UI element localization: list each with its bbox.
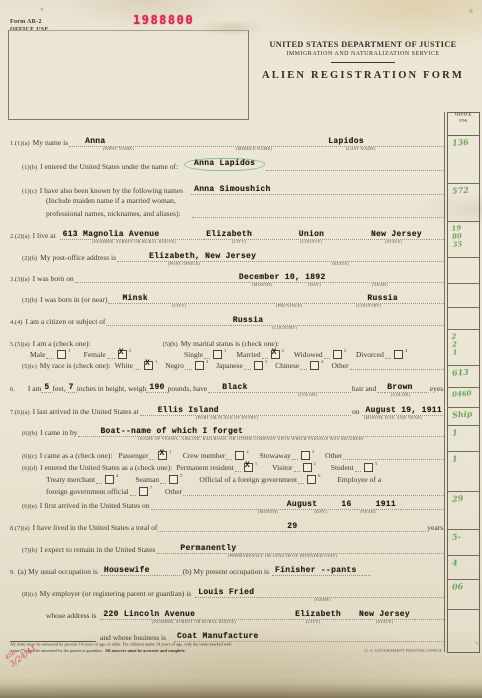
caption-po-state: (STATE) [332, 262, 349, 266]
q8a-prefix: 8.(7)(a) [10, 525, 30, 532]
checkbox-foreign-official [307, 475, 316, 484]
q1c-cont1: (Include maiden name if a married woman, [46, 196, 176, 205]
business-value: Coat Manufacture [174, 632, 262, 642]
field-came-as: (6)(c) I came as a (check one): Passenge… [10, 449, 445, 460]
city-value: Elizabeth [203, 230, 255, 240]
option-stowaway-label: Stowaway [260, 451, 291, 460]
form-header: UNITED STATES DEPARTMENT OF JUSTICE IMMI… [252, 40, 474, 81]
birth-date-value: December 10, 1892 [236, 273, 329, 283]
checkbox-student [364, 463, 373, 472]
q7d-label: I entered the United States as a (check … [40, 463, 172, 472]
caption-birth-year: (YEAR) [372, 283, 388, 287]
field-other-names: (1)(c) I have also been known by the fol… [10, 184, 445, 195]
office-use-cell: 613 [448, 366, 479, 388]
checkbox-married: X [271, 350, 280, 359]
caption-hair-color: (COLOR) [298, 393, 317, 397]
checkbox-japanese [254, 361, 263, 370]
office-use-cell: 4 [448, 556, 479, 580]
q3a-prefix: 3.(3)(a) [10, 276, 30, 283]
q7b-label: I came in by [40, 428, 77, 437]
q7d-prefix: (6)(d) [22, 465, 37, 472]
height-inches-value: 7 [66, 383, 77, 393]
height-feet-value: 5 [41, 383, 52, 393]
option-white-label: White [115, 361, 133, 370]
caption-intended-stay: (PERMANENTLY OR LENGTH OF INTENDED STAY) [228, 554, 337, 558]
form-number-line1: Form AR-2 [10, 19, 42, 25]
other-names-value: Anna Simoushich [191, 185, 274, 195]
first-name-value: Anna [82, 137, 108, 147]
option-single-label: Single [184, 350, 203, 359]
field-entry-name: (1)(b) I entered the United States under… [10, 160, 445, 171]
port-of-entry-value: Ellis Island [155, 406, 222, 416]
option-divorced-label: Divorced [356, 350, 384, 359]
checkbox-visitor [303, 463, 312, 472]
option-crew-label: Crew member [183, 451, 226, 460]
office-use-header: OFFICE USE [448, 113, 479, 136]
option-race-other-label: Other [332, 361, 349, 370]
first-arrival-day-value: 16 [338, 500, 354, 510]
office-use-cell: 136 [448, 136, 479, 184]
field-sex-marital-options: Male 1 Female X 2 Single 1 Married X 2 W… [10, 348, 445, 359]
checkbox-stowaway [301, 451, 310, 460]
office-use-column: OFFICE USE 136 572 19 80 35 2 2 1 613 04… [447, 112, 480, 653]
q7e-label: I first arrived in the United States on [40, 501, 150, 510]
field-sex-marital-header: 5.(5)(a) I am a (check one): (5)(b) My m… [10, 337, 445, 348]
option-student-label: Student [331, 463, 354, 472]
checkbox-treaty-merchant [105, 475, 114, 484]
birth-country-value: Russia [364, 294, 401, 304]
caption-county: (COUNTY) [300, 240, 323, 244]
office-use-cell: 1 [448, 452, 479, 492]
checkbox-employee-foreign-official [139, 487, 148, 496]
caption-birth-country: (COUNTRY) [356, 304, 381, 308]
caption-birth-month: (MONTH) [252, 283, 272, 287]
present-occupation-value: Finisher --pants [272, 566, 360, 576]
q5a-label: I am a (check one): [33, 339, 91, 348]
field-citizenship: 4.(4) I am a citizen or subject of Russi… [10, 315, 445, 326]
caption-birth-province: (PROVINCE) [276, 304, 303, 308]
office-use-cell: 1 [448, 426, 479, 452]
q1c-cont2: professional names, nicknames, and alias… [46, 209, 181, 218]
option-came-other-label: Other [325, 451, 342, 460]
office-use-cell: 572 [448, 184, 479, 222]
q3b-label: I was born in (or near) [40, 295, 107, 304]
q2b-label: My post-office address is [40, 253, 116, 262]
street-value: 613 Magnolia Avenue [60, 230, 163, 240]
hair-color-value: Black [219, 383, 251, 393]
eye-color-value: Brown [384, 383, 416, 393]
entry-name-value: Anna Lapidos [184, 158, 265, 171]
office-use-cell: 29 [448, 492, 479, 530]
caption-employer-street: (NUMBER, STREET OR RURAL ROUTE) [152, 620, 236, 624]
q8b-label: I expect to remain in the United States [40, 545, 155, 554]
q2a-label: I live at [33, 231, 56, 240]
service-subtitle: IMMIGRATION AND NATURALIZATION SERVICE [252, 51, 474, 57]
office-use-cell [448, 308, 479, 330]
q2b-prefix: (2)(b) [22, 255, 37, 262]
last-arrival-date-value: August 19, 1911 [362, 406, 445, 416]
caption-street: (NUMBER, STREET OR RURAL ROUTE) [92, 240, 176, 244]
q5b-label: My marital status is (check one): [181, 339, 280, 348]
field-occupation: 9. (a) My usual occupation is Housewife … [10, 565, 445, 576]
checkbox-divorced [394, 350, 403, 359]
option-treaty-label: Treaty merchant [46, 475, 95, 484]
office-use-cell [448, 610, 479, 652]
vessel-value: Boat--name of which I forget [97, 427, 246, 437]
option-negro-label: Negro [165, 361, 184, 370]
caption-birth-city: (CITY) [172, 304, 186, 308]
employer-value: Louis Fried [195, 588, 257, 598]
q7c-label: I came as a (check one): [40, 451, 113, 460]
option-married-label: Married [236, 350, 260, 359]
q1b-label: I entered the United States under the na… [40, 162, 178, 171]
q7b-prefix: (6)(b) [22, 430, 37, 437]
footer-instructions: All items must be answered by persons 14… [10, 642, 442, 655]
q7a-prefix: 7.(6)(a) [10, 409, 30, 416]
first-arrival-year-value: 1911 [373, 500, 399, 510]
q1a-prefix: 1.(1)(a) [10, 140, 30, 147]
checkbox-seaman [169, 475, 178, 484]
citizenship-value: Russia [230, 316, 267, 326]
employer-state-value: New Jersey [356, 610, 413, 620]
checkbox-passenger: X [158, 451, 167, 460]
q1c-cont2-row: professional names, nicknames, and alias… [46, 207, 445, 218]
caption-fa-month: (MONTH) [258, 510, 278, 514]
checkbox-chinese [310, 361, 319, 370]
q3a-label: I was born on [33, 274, 74, 283]
office-use-cell: 06 [448, 580, 479, 610]
option-male-label: Male [30, 350, 45, 359]
scanned-alien-registration-form: Form AR-2 OFFICE USE 1988800 UNITED STAT… [0, 0, 482, 698]
field-race: (5)(c) My race is (check one): White X 1… [10, 359, 445, 370]
field-years-lived: 8.(7)(a) I have lived in the United Stat… [10, 521, 445, 532]
serial-number-stamp: 1988800 [133, 13, 194, 27]
weight-value: 190 [146, 383, 167, 393]
field-first-arrival: (6)(e) I first arrived in the United Sta… [10, 499, 445, 510]
q7e-prefix: (6)(e) [22, 503, 37, 510]
field-employer-business: and whose business is Coat Manufacture [10, 631, 445, 642]
caption-fa-day: (DAY) [314, 510, 327, 514]
first-arrival-month-value: August [284, 500, 321, 510]
q7c-prefix: (6)(c) [22, 453, 37, 460]
caption-arrival-date: (MONTH, DAY, AND YEAR) [364, 416, 422, 420]
caption-eye-color: (COLOR) [391, 393, 410, 397]
q9addr-label: whose address is [46, 611, 96, 620]
office-use-cell [448, 284, 479, 308]
checkbox-negro [195, 361, 204, 370]
option-chinese-label: Chinese [275, 361, 299, 370]
q9c-label: My employer (or registering parent or gu… [40, 589, 191, 598]
option-visitor-label: Visitor [272, 463, 292, 472]
checkbox-female: X [118, 350, 127, 359]
caption-state: (STATE) [385, 240, 402, 244]
field-residence: 2.(2)(a) I live at 613 Magnolia Avenue E… [10, 229, 445, 240]
caption-last-name: (LAST NAME) [346, 147, 376, 151]
option-passenger-label: Passenger [118, 451, 148, 460]
q9c-prefix: (8)(c) [22, 591, 37, 598]
birth-city-value: Minsk [119, 294, 151, 304]
footer-line2-bold: All answers must be accurate and complet… [105, 648, 186, 654]
caption-post-office: (POST OFFICE) [168, 262, 200, 266]
q1c-label: I have also been known by the following … [40, 186, 183, 195]
caption-birth-day: (DAY) [308, 283, 321, 287]
field-last-arrival: 7.(6)(a) I last arrived in the United St… [10, 405, 445, 416]
field-vessel: (6)(b) I came in by Boat--name of which … [10, 426, 445, 437]
checkbox-crew [235, 451, 244, 460]
office-use-cell: 19 80 35 [448, 222, 479, 258]
field-name: 1.(1)(a) My name is Anna Lapidos [10, 136, 445, 147]
office-use-cell: 0460 [448, 388, 479, 408]
q5c-prefix: (5)(c) [22, 363, 37, 370]
caption-employer-city: (CITY) [306, 620, 320, 624]
field-physical-description: 6. I am 5 feet, 7 inches in height, weig… [10, 382, 445, 393]
field-employer-address: whose address is 220 Lincoln Avenue Eliz… [46, 609, 445, 620]
last-name-value: Lapidos [325, 137, 367, 147]
form-right-border [444, 112, 445, 652]
checkbox-white: X [144, 361, 153, 370]
field-birth-date: 3.(3)(a) I was born on December 10, 1892 [10, 272, 445, 283]
option-entered-other-label: Other [165, 487, 182, 496]
caption-vessel: (NAME OF VESSEL, AIRLINE, RAILROAD, OR O… [138, 437, 363, 441]
option-official-label: Official of a foreign government [199, 475, 297, 484]
option-japanese-label: Japanese [216, 361, 243, 370]
option-seaman-label: Seaman [135, 475, 159, 484]
option-permres-label: Permanent resident [176, 463, 234, 472]
years-lived-value: 29 [284, 522, 300, 532]
q2a-prefix: 2.(2)(a) [10, 233, 30, 240]
q5a-prefix: 5.(5)(a) [10, 341, 30, 348]
q5b-prefix: (5)(b) [163, 341, 178, 348]
checkbox-single [213, 350, 222, 359]
field-entered-as: (6)(d) I entered the United States as a … [10, 461, 445, 472]
q1b-prefix: (1)(b) [22, 164, 37, 171]
usual-occupation-value: Housewife [101, 566, 153, 576]
caption-first-name: (FIRST NAME) [103, 147, 134, 151]
field-entered-as-line2: Treaty merchant 4 Seaman 5 Official of a… [46, 473, 445, 484]
q8b-prefix: (7)(b) [22, 547, 37, 554]
q7a-label: I last arrived in the United States at [33, 407, 139, 416]
caption-employer-state: (STATE) [376, 620, 393, 624]
office-use-cell [448, 258, 479, 284]
q1a-label: My name is [33, 138, 68, 147]
q4-prefix: 4.(4) [10, 319, 22, 326]
option-female-label: Female [84, 350, 106, 359]
field-birth-place: (3)(b) I was born in (or near) Minsk Rus… [10, 293, 445, 304]
printing-office-imprint: U. S. GOVERNMENT PRINTING OFFICE [365, 648, 442, 654]
q8a-label: I have lived in the United States a tota… [33, 523, 158, 532]
q4-label: I am a citizen or subject of [25, 317, 105, 326]
field-employer: (8)(c) My employer (or registering paren… [10, 587, 445, 598]
caption-fa-year: (YEAR) [360, 510, 376, 514]
office-use-cell: 5- [448, 530, 479, 556]
post-office-value: Elizabeth, New Jersey [146, 252, 259, 262]
option-widowed-label: Widowed [294, 350, 323, 359]
intended-stay-value: Permanently [177, 544, 239, 554]
employer-street-value: 220 Lincoln Avenue [100, 610, 198, 620]
option-employee-label-part2: foreign government official [46, 487, 129, 496]
caption-port: (PORT OR PLACE OF ENTRY) [196, 416, 258, 420]
header-divider [331, 62, 395, 63]
q9a-label: (a) My usual occupation is [18, 567, 98, 576]
checkbox-male [57, 350, 66, 359]
caption-city: (CITY) [232, 240, 246, 244]
q9b-label: (b) My present occupation is [183, 567, 269, 576]
q3b-prefix: (3)(b) [22, 297, 37, 304]
caption-middle-name: (MIDDLE NAME) [236, 147, 272, 151]
q5c-label: My race is (check one): [40, 361, 111, 370]
q1c-prefix: (1)(c) [22, 188, 37, 195]
field-intended-stay: (7)(b) I expect to remain in the United … [10, 543, 445, 554]
office-use-cell: 2 2 1 [448, 330, 479, 366]
office-stamp-box [8, 30, 249, 120]
option-employee-label-part1: Employee of a [337, 475, 381, 484]
field-entered-as-line3: foreign government official 7 Other [46, 485, 445, 496]
q9-prefix: 9. [10, 569, 15, 576]
employer-city-value: Elizabeth [292, 610, 344, 620]
q9biz-label: and whose business is [100, 633, 166, 642]
checkbox-widowed [333, 350, 342, 359]
form-title: ALIEN REGISTRATION FORM [252, 70, 474, 81]
caption-employer-name: (NAME) [314, 598, 331, 602]
county-value: Union [296, 230, 328, 240]
caption-citizenship: (COUNTRY) [272, 326, 297, 330]
office-use-cell: Ship [448, 408, 479, 426]
field-post-office: (2)(b) My post-office address is Elizabe… [10, 251, 445, 262]
state-value: New Jersey [368, 230, 425, 240]
q6-prefix: 6. [10, 386, 15, 393]
checkbox-permanent-resident: X [244, 463, 253, 472]
department-title: UNITED STATES DEPARTMENT OF JUSTICE [252, 40, 474, 49]
